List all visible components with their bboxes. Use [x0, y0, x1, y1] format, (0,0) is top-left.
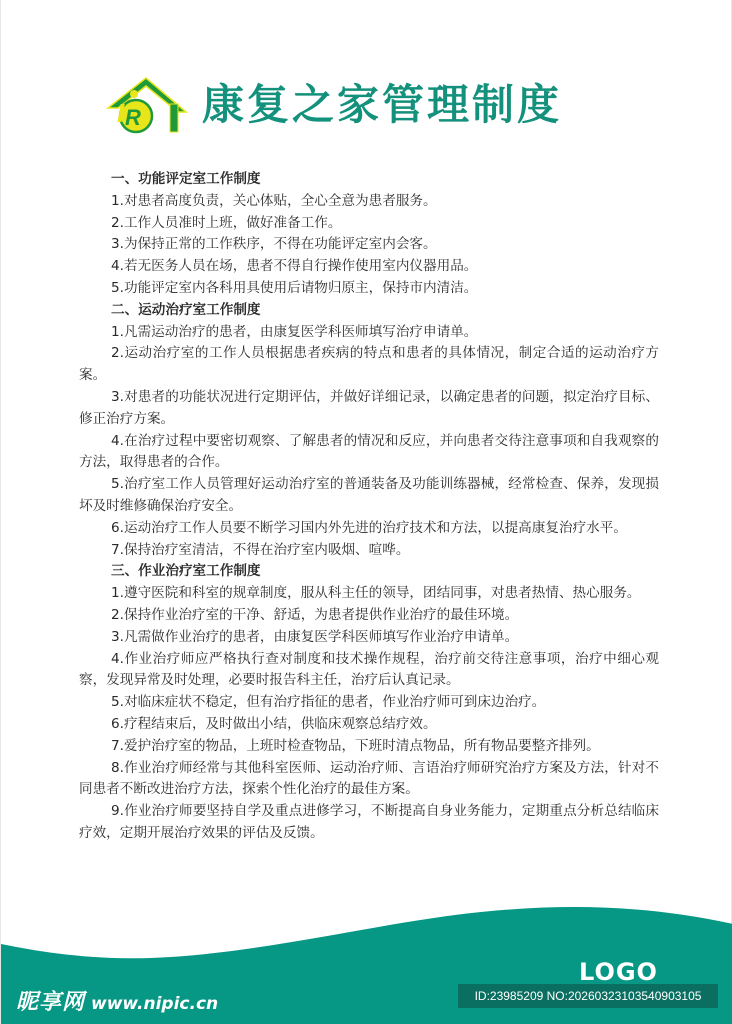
list-item: 6.疗程结束后，及时做出小结，供临床观察总结疗效。	[79, 714, 659, 736]
list-item: 2.保持作业治疗室的干净、舒适，为患者提供作业治疗的最佳环境。	[79, 605, 659, 627]
watermark: 昵享网 www.nipic.cn	[16, 985, 218, 1016]
poster-page: R 康复之家管理制度 一、功能评定室工作制度 1.对患者高度负责，关心体贴，全心…	[0, 0, 732, 1024]
section-title: 一、功能评定室工作制度	[79, 169, 659, 191]
page-title: 康复之家管理制度	[202, 74, 562, 136]
image-id-label: ID:23985209 NO:20260323103540903105	[458, 984, 718, 1008]
watermark-brand: 昵享网	[16, 985, 85, 1016]
header: R 康复之家管理制度	[106, 74, 562, 136]
list-item: 7.爱护治疗室的物品，上班时检查物品，下班时清点物品，所有物品要整齐排列。	[79, 736, 659, 758]
svg-text:R: R	[125, 105, 141, 130]
section-title: 二、运动治疗室工作制度	[79, 300, 659, 322]
list-item: 8.作业治疗师经常与其他科室医师、运动治疗师、言语治疗师研究治疗方案及方法，针对…	[79, 758, 659, 802]
list-item: 3.为保持正常的工作秩序，不得在功能评定室内会客。	[79, 234, 659, 256]
section-function-assessment: 一、功能评定室工作制度 1.对患者高度负责，关心体贴，全心全意为患者服务。 2.…	[79, 169, 659, 300]
list-item: 1.对患者高度负责，关心体贴，全心全意为患者服务。	[79, 191, 659, 213]
list-item: 3.凡需做作业治疗的患者，由康复医学科医师填写作业治疗申请单。	[79, 627, 659, 649]
list-item: 5.功能评定室内各科用具使用后请物归原主，保持市内清洁。	[79, 278, 659, 300]
section-exercise-therapy: 二、运动治疗室工作制度 1.凡需运动治疗的患者，由康复医学科医师填写治疗申请单。…	[79, 300, 659, 562]
list-item: 2.工作人员准时上班，做好准备工作。	[79, 213, 659, 235]
list-item: 4.在治疗过程中要密切观察、了解患者的情况和反应，并向患者交待注意事项和自我观察…	[79, 431, 659, 475]
logo-placeholder: LOGO	[579, 958, 658, 986]
section-occupational-therapy: 三、作业治疗室工作制度 1.遵守医院和科室的规章制度，服从科主任的领导，团结同事…	[79, 561, 659, 844]
watermark-url: www.nipic.cn	[91, 994, 218, 1014]
list-item: 1.凡需运动治疗的患者，由康复医学科医师填写治疗申请单。	[79, 322, 659, 344]
list-item: 5.对临床症状不稳定，但有治疗指征的患者，作业治疗师可到床边治疗。	[79, 692, 659, 714]
list-item: 9.作业治疗师要坚持自学及重点进修学习，不断提高自身业务能力，定期重点分析总结临…	[79, 801, 659, 845]
list-item: 4.若无医务人员在场，患者不得自行操作使用室内仪器用品。	[79, 256, 659, 278]
list-item: 6.运动治疗工作人员要不断学习国内外先进的治疗技术和方法，以提高康复治疗水平。	[79, 518, 659, 540]
rehab-home-logo-icon: R	[106, 74, 190, 136]
list-item: 3.对患者的功能状况进行定期评估，并做好详细记录，以确定患者的问题，拟定治疗目标…	[79, 387, 659, 431]
list-item: 4.作业治疗师应严格执行查对制度和技术操作规程，治疗前交待注意事项，治疗中细心观…	[79, 649, 659, 693]
regulations-content: 一、功能评定室工作制度 1.对患者高度负责，关心体贴，全心全意为患者服务。 2.…	[79, 169, 659, 845]
list-item: 5.治疗室工作人员管理好运动治疗室的普通装备及功能训练器械，经常检查、保养，发现…	[79, 474, 659, 518]
list-item: 7.保持治疗室清洁，不得在治疗室内吸烟、喧哗。	[79, 540, 659, 562]
list-item: 1.遵守医院和科室的规章制度，服从科主任的领导，团结同事，对患者热情、热心服务。	[79, 583, 659, 605]
section-title: 三、作业治疗室工作制度	[79, 561, 659, 583]
list-item: 2.运动治疗室的工作人员根据患者疾病的特点和患者的具体情况，制定合适的运动治疗方…	[79, 343, 659, 387]
